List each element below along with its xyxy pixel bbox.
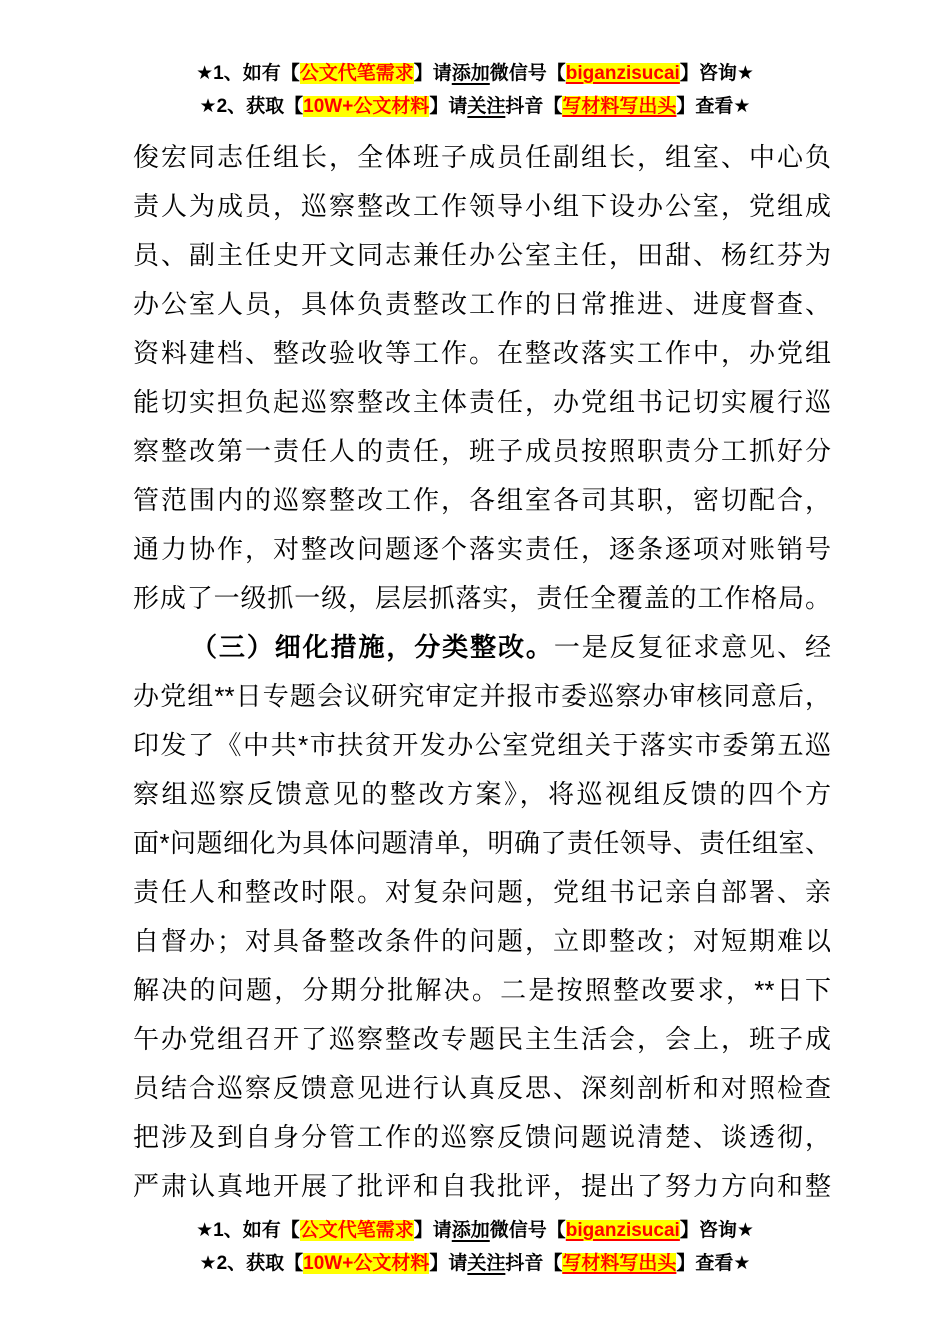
- body-text: 午办党组召开了巡察整改专题民主生活会，会上，班子成: [133, 1024, 831, 1054]
- highlight-douyin-id: 写材料写出头: [562, 96, 676, 117]
- promo-text: 微信号【: [490, 63, 566, 84]
- body-text-line: 资料建档、整改验收等工作。在整改落实工作中，办党组: [133, 329, 831, 378]
- body-text: 管范围内的巡察整改工作，各组室各司其职，密切配合，: [133, 485, 831, 515]
- body-text-line: 通力协作，对整改问题逐个落实责任，逐条逐项对账销号: [133, 525, 831, 574]
- promo-text: 】请: [414, 63, 452, 84]
- promo-text: 】请: [429, 96, 467, 117]
- footer-promo-banner: ★1、如有【公文代笔需求】请添加微信号【biganzisucai】咨询★★2、获…: [0, 1214, 950, 1280]
- body-text-line: 责任人和整改时限。对复杂问题，党组书记亲自部署、亲: [133, 868, 831, 917]
- body-text: 形成了一级抓一级，层层抓落实，责任全覆盖的工作格局。: [133, 583, 831, 613]
- body-text: 察组巡察反馈意见的整改方案》，将巡视组反馈的四个方: [133, 779, 831, 809]
- body-text: 员结合巡察反馈意见进行认真反思、深刻剖析和对照检查: [133, 1073, 831, 1103]
- body-text-line: 把涉及到自身分管工作的巡察反馈问题说清楚、谈透彻，: [133, 1113, 831, 1162]
- document-page: ★1、如有【公文代笔需求】请添加微信号【biganzisucai】咨询★★2、获…: [0, 0, 950, 1344]
- body-text: 责任人和整改时限。对复杂问题，党组书记亲自部署、亲: [133, 877, 831, 907]
- body-text: 自督办；对具备整改条件的问题，立即整改；对短期难以: [133, 926, 831, 956]
- body-text-line: 解决的问题，分期分批解决。二是按照整改要求，**日下: [133, 966, 831, 1015]
- promo-text: ★2、获取【: [200, 96, 304, 117]
- body-text: 印发了《中共*市扶贫开发办公室党组关于落实市委第五巡: [133, 730, 831, 760]
- promo-text: 】咨询★: [680, 1220, 754, 1241]
- body-text: 能切实担负起巡察整改主体责任，办党组书记切实履行巡: [133, 387, 831, 417]
- body-text-line: （三）细化措施，分类整改。一是反复征求意见、经: [133, 623, 831, 672]
- promo-text: 】请: [414, 1220, 452, 1241]
- body-text-line: 办党组**日专题会议研究审定并报市委巡察办审核同意后，: [133, 672, 831, 721]
- body-text: 严肃认真地开展了批评和自我批评，提出了努力方向和整: [133, 1171, 831, 1201]
- body-text: 面*问题细化为具体问题清单，明确了责任领导、责任组室、: [133, 828, 831, 858]
- document-body: 俊宏同志任组长，全体班子成员任副组长，组室、中心负责人为成员，巡察整改工作领导小…: [133, 133, 831, 1211]
- promo-text: 】咨询★: [680, 63, 754, 84]
- underline-keyword-add: 添加: [452, 63, 490, 84]
- body-text: 办公室人员，具体负责整改工作的日常推进、进度督查、: [133, 289, 831, 319]
- highlight-wechat-id: biganzisucai: [566, 1220, 680, 1241]
- highlight-keyword-service: 公文代笔需求: [300, 63, 414, 84]
- body-text: 一是反复征求意见、经: [554, 632, 831, 662]
- body-text: 解决的问题，分期分批解决。二是按照整改要求，**日下: [133, 975, 831, 1005]
- promo-text: ★2、获取【: [200, 1253, 304, 1274]
- body-text-line: 员、副主任史开文同志兼任办公室主任，田甜、杨红芬为: [133, 231, 831, 280]
- highlight-keyword-materials: 10W+公文材料: [303, 96, 429, 117]
- body-text-line: 办公室人员，具体负责整改工作的日常推进、进度督查、: [133, 280, 831, 329]
- body-text-line: 面*问题细化为具体问题清单，明确了责任领导、责任组室、: [133, 819, 831, 868]
- body-text: 察整改第一责任人的责任，班子成员按照职责分工抓好分: [133, 436, 831, 466]
- promo-text: 抖音【: [505, 1253, 562, 1274]
- promo-text: 】请: [429, 1253, 467, 1274]
- body-text-line: 严肃认真地开展了批评和自我批评，提出了努力方向和整: [133, 1162, 831, 1211]
- highlight-wechat-id: biganzisucai: [566, 63, 680, 84]
- promo-text: 】查看★: [676, 96, 750, 117]
- body-text-line: 能切实担负起巡察整改主体责任，办党组书记切实履行巡: [133, 378, 831, 427]
- header-promo-line-2: ★2、获取【10W+公文材料】请关注抖音【写材料写出头】查看★: [0, 90, 950, 123]
- body-text-line: 员结合巡察反馈意见进行认真反思、深刻剖析和对照检查: [133, 1064, 831, 1113]
- body-text: 责人为成员，巡察整改工作领导小组下设办公室，党组成: [133, 191, 831, 221]
- highlight-keyword-service: 公文代笔需求: [300, 1220, 414, 1241]
- header-promo-banner: ★1、如有【公文代笔需求】请添加微信号【biganzisucai】咨询★★2、获…: [0, 0, 950, 123]
- body-text-line: 俊宏同志任组长，全体班子成员任副组长，组室、中心负: [133, 133, 831, 182]
- body-text-line: 印发了《中共*市扶贫开发办公室党组关于落实市委第五巡: [133, 721, 831, 770]
- body-text-line: 午办党组召开了巡察整改专题民主生活会，会上，班子成: [133, 1015, 831, 1064]
- body-text-line: 管范围内的巡察整改工作，各组室各司其职，密切配合，: [133, 476, 831, 525]
- header-promo-line-1: ★1、如有【公文代笔需求】请添加微信号【biganzisucai】咨询★: [0, 57, 950, 90]
- section-heading: （三）细化措施，分类整改。: [191, 632, 554, 662]
- body-text-line: 责人为成员，巡察整改工作领导小组下设办公室，党组成: [133, 182, 831, 231]
- body-text-line: 自督办；对具备整改条件的问题，立即整改；对短期难以: [133, 917, 831, 966]
- underline-keyword-add: 添加: [452, 1220, 490, 1241]
- body-text-line: 察组巡察反馈意见的整改方案》，将巡视组反馈的四个方: [133, 770, 831, 819]
- footer-promo-line-1: ★1、如有【公文代笔需求】请添加微信号【biganzisucai】咨询★: [0, 1214, 950, 1247]
- promo-text: ★1、如有【: [196, 1220, 300, 1241]
- promo-text: 抖音【: [505, 96, 562, 117]
- promo-text: ★1、如有【: [196, 63, 300, 84]
- highlight-douyin-id: 写材料写出头: [562, 1253, 676, 1274]
- body-text: 把涉及到自身分管工作的巡察反馈问题说清楚、谈透彻，: [133, 1122, 831, 1152]
- highlight-keyword-materials: 10W+公文材料: [303, 1253, 429, 1274]
- promo-text: 微信号【: [490, 1220, 566, 1241]
- promo-text: 】查看★: [676, 1253, 750, 1274]
- underline-keyword-follow: 关注: [467, 1253, 505, 1274]
- body-text-line: 察整改第一责任人的责任，班子成员按照职责分工抓好分: [133, 427, 831, 476]
- underline-keyword-follow: 关注: [467, 96, 505, 117]
- body-text: 办党组**日专题会议研究审定并报市委巡察办审核同意后，: [133, 681, 831, 711]
- body-text: 俊宏同志任组长，全体班子成员任副组长，组室、中心负: [133, 142, 831, 172]
- body-text: 通力协作，对整改问题逐个落实责任，逐条逐项对账销号: [133, 534, 831, 564]
- footer-promo-line-2: ★2、获取【10W+公文材料】请关注抖音【写材料写出头】查看★: [0, 1247, 950, 1280]
- body-text: 员、副主任史开文同志兼任办公室主任，田甜、杨红芬为: [133, 240, 831, 270]
- body-text: 资料建档、整改验收等工作。在整改落实工作中，办党组: [133, 338, 831, 368]
- body-text-line: 形成了一级抓一级，层层抓落实，责任全覆盖的工作格局。: [133, 574, 831, 623]
